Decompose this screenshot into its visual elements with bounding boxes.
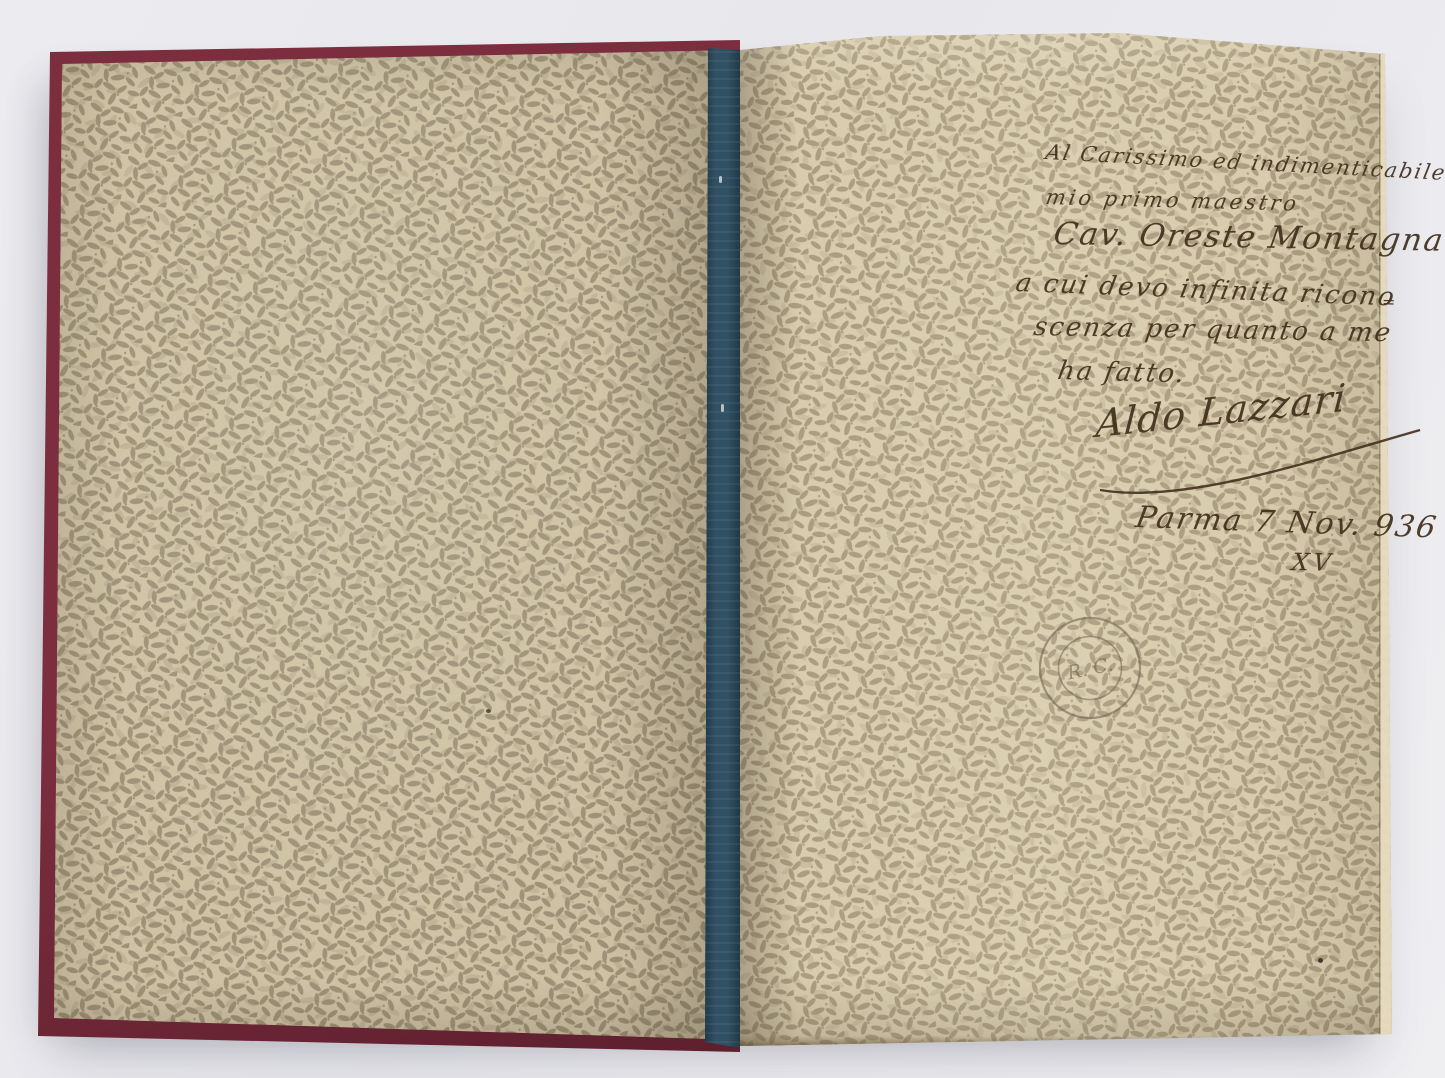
bottom-page-edge-shadow <box>739 1036 1391 1046</box>
left-pastedown-endpaper <box>54 48 740 1040</box>
dedication-recipient-name: Cav. Oreste Montagna <box>1051 216 1445 259</box>
photo-open-book: Al Carissimo ed indimenticabile mio prim… <box>0 0 1445 1078</box>
ink-speck-left-page <box>486 709 491 713</box>
spine-hinge-cloth <box>705 42 740 1048</box>
cloth-wear-mark <box>721 404 724 412</box>
place-and-date: Parma 7 Nov. 936 <box>1133 500 1441 545</box>
signature-flourish-underline <box>1092 416 1428 506</box>
ink-speck-right-page <box>1318 958 1323 963</box>
dedication-line-1: Al Carissimo ed indimenticabile <box>1044 140 1445 185</box>
fascist-era-numeral: XV <box>1290 548 1336 577</box>
cloth-wear-mark <box>719 176 722 183</box>
round-ownership-stamp: HOC ERAT IN VOTIS R. C. <box>1022 600 1158 736</box>
left-page-lighting <box>54 48 740 1040</box>
dedication-line-6: ha fatto. <box>1056 356 1189 389</box>
hyphenation-mark: = <box>1382 292 1396 311</box>
handwritten-dedication: Al Carissimo ed indimenticabile mio prim… <box>1000 128 1445 608</box>
stamp-monogram: R. C. <box>1064 653 1115 684</box>
dedication-line-5: scenza per quanto a me <box>1032 312 1395 348</box>
dedication-line-2: mio primo maestro <box>1044 185 1301 216</box>
dedication-line-4: a cui devo infinita ricono <box>1013 268 1398 312</box>
